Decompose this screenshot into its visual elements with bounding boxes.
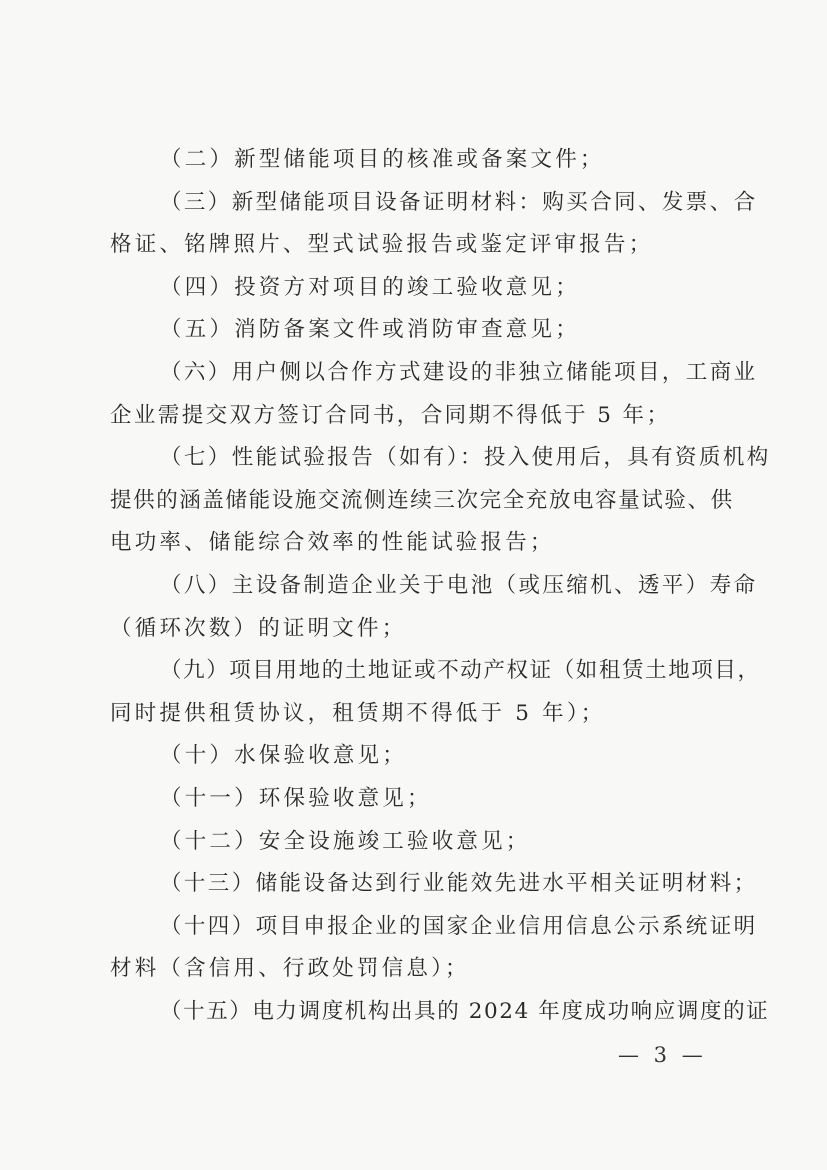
list-item-9-cont: 同时提供租赁协议，租赁期不得低于 5 年）； — [110, 693, 720, 736]
list-item-12: （十二）安全设施竣工验收意见； — [110, 821, 720, 864]
list-item-2: （二）新型储能项目的核准或备案文件； — [110, 139, 720, 182]
list-item-5: （五）消防备案文件或消防审查意见； — [110, 309, 720, 352]
list-item-6-cont: 企业需提交双方签订合同书，合同期不得低于 5 年； — [110, 395, 720, 438]
list-item-7-cont-2: 电功率、储能综合效率的性能试验报告； — [110, 522, 720, 565]
list-item-8: （八）主设备制造企业关于电池（或压缩机、透平）寿命 — [110, 565, 720, 608]
list-item-10: （十）水保验收意见； — [110, 735, 720, 778]
list-item-13: （十三）储能设备达到行业能效先进水平相关证明材料； — [110, 863, 720, 906]
list-item-14: （十四）项目申报企业的国家企业信用信息公示系统证明 — [110, 906, 720, 949]
document-body: （二）新型储能项目的核准或备案文件； （三）新型储能项目设备证明材料：购买合同、… — [110, 139, 720, 1033]
list-item-11: （十一）环保验收意见； — [110, 778, 720, 821]
list-item-15: （十五）电力调度机构出具的 2024 年度成功响应调度的证 — [110, 991, 720, 1034]
list-item-7: （七）性能试验报告（如有）：投入使用后，具有资质机构 — [110, 437, 720, 480]
document-page: （二）新型储能项目的核准或备案文件； （三）新型储能项目设备证明材料：购买合同、… — [0, 0, 827, 1170]
list-item-7-cont-1: 提供的涵盖储能设施交流侧连续三次完全充放电容量试验、供 — [110, 480, 720, 523]
list-item-3: （三）新型储能项目设备证明材料：购买合同、发票、合 — [110, 182, 720, 225]
list-item-9: （九）项目用地的土地证或不动产权证（如租赁土地项目， — [110, 650, 720, 693]
list-item-6: （六）用户侧以合作方式建设的非独立储能项目，工商业 — [110, 352, 720, 395]
list-item-4: （四）投资方对项目的竣工验收意见； — [110, 267, 720, 310]
page-number: — 3 — — [618, 1043, 707, 1067]
list-item-3-cont: 格证、铭牌照片、型式试验报告或鉴定评审报告； — [110, 224, 720, 267]
list-item-8-cont: （循环次数）的证明文件； — [110, 608, 720, 651]
list-item-14-cont: 材料（含信用、行政处罚信息）； — [110, 948, 720, 991]
